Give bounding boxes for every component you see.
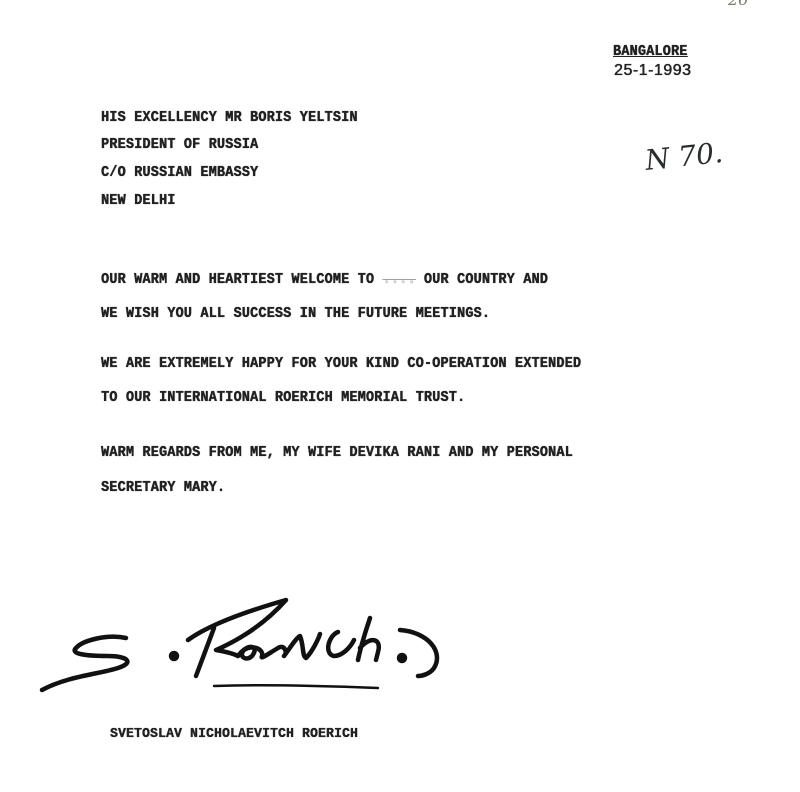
body-line: WARM REGARDS FROM ME, MY WIFE DEVIKA RAN… — [101, 445, 573, 461]
body-text: OUR WARM AND HEARTIEST WELCOME TO — [101, 272, 382, 288]
corner-handwritten-mark: 26 — [728, 0, 748, 9]
letter-place: BANGALORE — [613, 44, 688, 60]
signature-drawing — [38, 590, 448, 700]
body-line: WE WISH YOU ALL SUCCESS IN THE FUTURE ME… — [101, 306, 490, 322]
recipient-line: PRESIDENT OF RUSSIA — [101, 137, 258, 153]
signer-typed-name: SVETOSLAV NICHOLAEVITCH ROERICH — [110, 726, 358, 742]
letter-page: 26 BANGALORE 25-1-1993 N 70. HIS EXCELLE… — [0, 0, 800, 792]
body-line: SECRETARY MARY. — [101, 480, 225, 496]
recipient-line: HIS EXCELLENCY MR BORIS YELTSIN — [101, 110, 358, 126]
recipient-line: C/O RUSSIAN EMBASSY — [101, 165, 258, 181]
recipient-line: NEW DELHI — [101, 193, 176, 209]
letter-date: 25-1-1993 — [614, 62, 691, 80]
body-line: TO OUR INTERNATIONAL ROERICH MEMORIAL TR… — [101, 390, 465, 406]
body-text: OUR COUNTRY AND — [416, 272, 548, 288]
handwritten-reference-number: N 70. — [643, 136, 724, 177]
handwritten-signature — [38, 590, 448, 700]
body-line: WE ARE EXTREMELY HAPPY FOR YOUR KIND CO-… — [101, 356, 581, 372]
body-line: OUR WARM AND HEARTIEST WELCOME TO .... O… — [101, 272, 548, 288]
struck-out-text: .... — [382, 272, 415, 288]
